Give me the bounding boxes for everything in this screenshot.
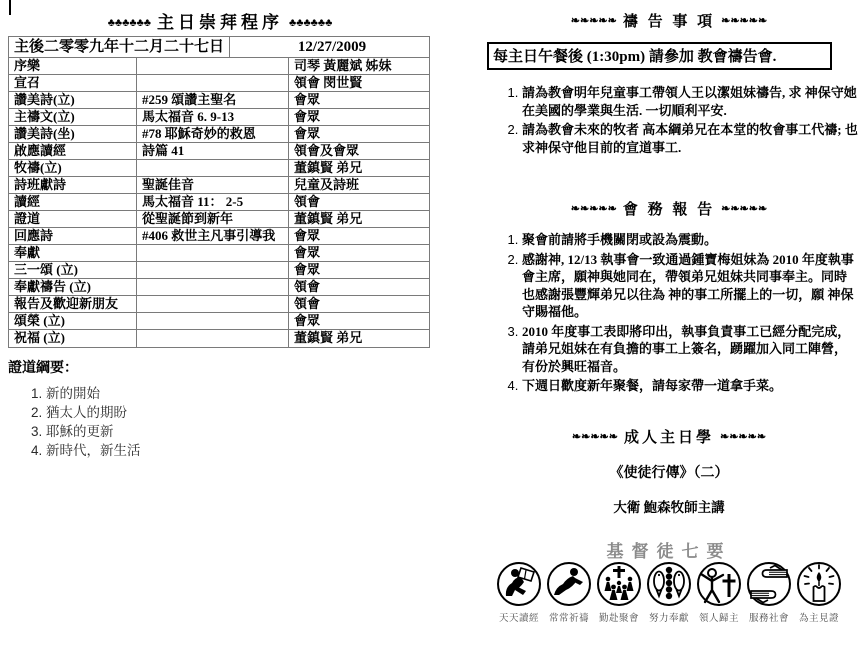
list-item: 猶太人的期盼 (46, 403, 141, 422)
worship-person: 領會 (289, 296, 429, 312)
worship-content: #406 救世主凡事引導我 (137, 228, 289, 244)
worship-person: 領會 (289, 279, 429, 295)
worship-table-row: 頌榮 (立) 會眾 (9, 313, 429, 330)
worship-table-row: 主禱文(立) 馬太福音 6. 9-13 會眾 (9, 109, 429, 126)
worship-content: 聖誕佳音 (137, 177, 289, 193)
worship-content (137, 330, 289, 347)
worship-table-row: 宣召 領會 閔世賢 (9, 75, 429, 92)
worship-table-row: 三一頌 (立) 會眾 (9, 262, 429, 279)
congregation-icon (596, 561, 642, 607)
worship-person: 會眾 (289, 313, 429, 329)
worship-item: 奉獻 (9, 245, 137, 261)
worship-person: 會眾 (289, 262, 429, 278)
worship-content: 馬太福音 11： 2-5 (137, 194, 289, 210)
worship-person: 會眾 (289, 92, 429, 108)
decorative-flourish-right: ❧❧❧❧❧ (715, 15, 773, 27)
worship-item: 奉獻禱告 (立) (9, 279, 137, 295)
worship-content (137, 313, 289, 329)
worship-table-row: 序樂 司琴 黃麗斌 姊妹 (9, 58, 429, 75)
sunday-school-title-row: ❧❧❧❧❧成人主日學❧❧❧❧❧ (480, 426, 858, 447)
worship-order-table: 主後二零零九年十二月二十七日 12/27/2009 序樂 司琴 黃麗斌 姊妹 宣… (8, 36, 430, 348)
seven-essentials-title: 基督徒七要 (480, 537, 858, 562)
worship-person: 董鎮賢 弟兄 (289, 211, 429, 227)
decorative-flourish-right: ♣♣♣♣♣♣ (283, 17, 338, 29)
worship-item: 牧禱(立) (9, 160, 137, 176)
worship-item: 啟應讀經 (9, 143, 137, 159)
worship-table-row: 牧禱(立) 董鎮賢 弟兄 (9, 160, 429, 177)
sunday-school-speaker: 大衛 鮑森牧師主講 (480, 496, 858, 516)
worship-person: 領會及會眾 (289, 143, 429, 159)
essential-label: 服務社會 (745, 610, 793, 624)
worship-item: 主禱文(立) (9, 109, 137, 125)
decorative-flourish-right: ❧❧❧❧❧ (715, 203, 773, 215)
worship-table-body: 序樂 司琴 黃麗斌 姊妹 宣召 領會 閔世賢 讚美詩(立) #259 頌讚主聖名… (9, 58, 429, 347)
worship-order-column: ♣♣♣♣♣♣主日崇拜程序♣♣♣♣♣♣ 主後二零零九年十二月二十七日 12/27/… (8, 0, 432, 645)
worship-table-row: 奉獻禱告 (立) 領會 (9, 279, 429, 296)
evangelism-icon (696, 561, 742, 607)
worship-item: 祝福 (立) (9, 330, 137, 347)
report-list: 聚會前請將手機關閉或設為震動。感謝神, 12/13 執事會一致通過鍾寶梅姐妹為 … (480, 231, 858, 397)
table-date-row: 主後二零零九年十二月二十七日 12/27/2009 (9, 37, 429, 58)
decorative-flourish-left: ♣♣♣♣♣♣ (102, 17, 157, 29)
worship-person: 會眾 (289, 228, 429, 244)
sunday-school-title: 成人主日學 (624, 430, 714, 446)
worship-content (137, 279, 289, 295)
report-section-title-row: ❧❧❧❧❧會 務 報 告❧❧❧❧❧ (480, 198, 858, 219)
essential-read-scripture: 天天讀經 (495, 561, 543, 624)
worship-table-row: 讚美詩(坐) #78 耶穌奇妙的救恩 會眾 (9, 126, 429, 143)
worship-content (137, 58, 289, 74)
essential-witness: 為主見證 (795, 561, 843, 624)
worship-content (137, 296, 289, 312)
worship-item: 三一頌 (立) (9, 262, 137, 278)
essential-attend-meetings: 勤赴聚會 (595, 561, 643, 624)
worship-content: 馬太福音 6. 9-13 (137, 109, 289, 125)
worship-table-row: 回應詩 #406 救世主凡事引導我 會眾 (9, 228, 429, 245)
worship-table-row: 證道 從聖誕節到新年 董鎮賢 弟兄 (9, 211, 429, 228)
worship-item: 讀經 (9, 194, 137, 210)
worship-item: 讚美詩(坐) (9, 126, 137, 142)
worship-content (137, 245, 289, 261)
essential-label: 領人歸主 (695, 610, 743, 624)
reading-icon (496, 561, 542, 607)
worship-content: 詩篇 41 (137, 143, 289, 159)
worship-table-row: 讚美詩(立) #259 頌讚主聖名 會眾 (9, 92, 429, 109)
worship-table-row: 啟應讀經 詩篇 41 領會及會眾 (9, 143, 429, 160)
essential-label: 天天讀經 (495, 610, 543, 624)
sermon-outline-list: 新的開始猶太人的期盼耶穌的更新新時代，新生活 (8, 384, 141, 460)
prayer-list: 請為教會明年兒童事工帶領人王以潔姐妹禱告, 求 神保守她在美國的學業與生活. 一… (480, 84, 858, 158)
worship-person: 董鎮賢 弟兄 (289, 160, 429, 176)
worship-person: 會眾 (289, 245, 429, 261)
worship-content: #259 頌讚主聖名 (137, 92, 289, 108)
worship-item: 讚美詩(立) (9, 92, 137, 108)
worship-order-title-row: ♣♣♣♣♣♣主日崇拜程序♣♣♣♣♣♣ (8, 8, 432, 33)
worship-person: 領會 閔世賢 (289, 75, 429, 91)
essential-label: 努力奉獻 (645, 610, 693, 624)
worship-item: 回應詩 (9, 228, 137, 244)
offering-icon (646, 561, 692, 607)
chinese-date: 主後二零零九年十二月二十七日 (9, 37, 230, 57)
sunday-school-book: 《使徒行傳》（二） (480, 462, 858, 482)
list-item: 感謝神, 12/13 執事會一致通過鍾寶梅姐妹為 2010 年度執事會主席，願神… (522, 251, 858, 321)
announcements-column: ❧❧❧❧❧禱 告 事 項❧❧❧❧❧ 每主日午餐後 (1:30pm) 請參加 教會… (480, 0, 858, 645)
worship-person: 會眾 (289, 109, 429, 125)
essential-give-offering: 努力奉獻 (645, 561, 693, 624)
list-item: 下週日歡度新年聚餐，請每家帶一道拿手菜。 (522, 377, 858, 395)
list-item: 新的開始 (46, 384, 141, 403)
worship-order-title: 主日崇拜程序 (157, 13, 283, 32)
praying-icon (546, 561, 592, 607)
worship-item: 宣召 (9, 75, 137, 91)
worship-table-row: 讀經 馬太福音 11： 2-5 領會 (9, 194, 429, 211)
prayer-section-title-row: ❧❧❧❧❧禱 告 事 項❧❧❧❧❧ (480, 10, 858, 31)
list-item: 聚會前請將手機關閉或設為震動。 (522, 231, 858, 249)
essential-serve-society: 服務社會 (745, 561, 793, 624)
bulletin-page: ♣♣♣♣♣♣主日崇拜程序♣♣♣♣♣♣ 主後二零零九年十二月二十七日 12/27/… (0, 0, 861, 645)
list-item: 2010 年度事工表即將印出，執事負責事工已經分配完成，請弟兄姐妹在有負擔的事工… (522, 323, 858, 376)
list-item: 新時代，新生活 (46, 441, 141, 460)
decorative-flourish-left: ❧❧❧❧❧ (566, 431, 624, 443)
list-item: 請為教會未來的牧者 高本綱弟兄在本堂的牧會事工代禱; 也求神保守他目前的宣道事工… (522, 121, 858, 156)
worship-content (137, 75, 289, 91)
prayer-section-title: 禱 告 事 項 (623, 14, 715, 30)
worship-table-row: 祝福 (立) 董鎮賢 弟兄 (9, 330, 429, 347)
prayer-meeting-notice: 每主日午餐後 (1:30pm) 請參加 教會禱告會. (487, 42, 832, 70)
worship-person: 會眾 (289, 126, 429, 142)
seven-essentials-row: 天天讀經 常常祈禱 (480, 561, 858, 624)
worship-content (137, 160, 289, 176)
worship-item: 序樂 (9, 58, 137, 74)
worship-item: 頌榮 (立) (9, 313, 137, 329)
worship-person: 領會 (289, 194, 429, 210)
worship-person: 董鎮賢 弟兄 (289, 330, 429, 347)
candle-icon (796, 561, 842, 607)
worship-person: 司琴 黃麗斌 姊妹 (289, 58, 429, 74)
sermon-outline-heading: 證道綱要： (8, 357, 78, 377)
list-item: 耶穌的更新 (46, 422, 141, 441)
report-section-title: 會 務 報 告 (623, 202, 715, 218)
serving-hands-icon (746, 561, 792, 607)
worship-person: 兒童及詩班 (289, 177, 429, 193)
essential-label: 勤赴聚會 (595, 610, 643, 624)
worship-content: #78 耶穌奇妙的救恩 (137, 126, 289, 142)
list-item: 請為教會明年兒童事工帶領人王以潔姐妹禱告, 求 神保守她在美國的學業與生活. 一… (522, 84, 858, 119)
worship-item: 證道 (9, 211, 137, 227)
decorative-flourish-left: ❧❧❧❧❧ (565, 15, 623, 27)
worship-content: 從聖誕節到新年 (137, 211, 289, 227)
worship-table-row: 報告及歡迎新朋友 領會 (9, 296, 429, 313)
worship-content (137, 262, 289, 278)
decorative-flourish-left: ❧❧❧❧❧ (565, 203, 623, 215)
worship-item: 報告及歡迎新朋友 (9, 296, 137, 312)
essential-pray-often: 常常祈禱 (545, 561, 593, 624)
essential-lead-to-lord: 領人歸主 (695, 561, 743, 624)
worship-table-row: 詩班獻詩 聖誕佳音 兒童及詩班 (9, 177, 429, 194)
decorative-flourish-right: ❧❧❧❧❧ (714, 431, 772, 443)
worship-table-row: 奉獻 會眾 (9, 245, 429, 262)
essential-label: 常常祈禱 (545, 610, 593, 624)
essential-label: 為主見證 (795, 610, 843, 624)
worship-item: 詩班獻詩 (9, 177, 137, 193)
numeric-date: 12/27/2009 (230, 37, 429, 57)
